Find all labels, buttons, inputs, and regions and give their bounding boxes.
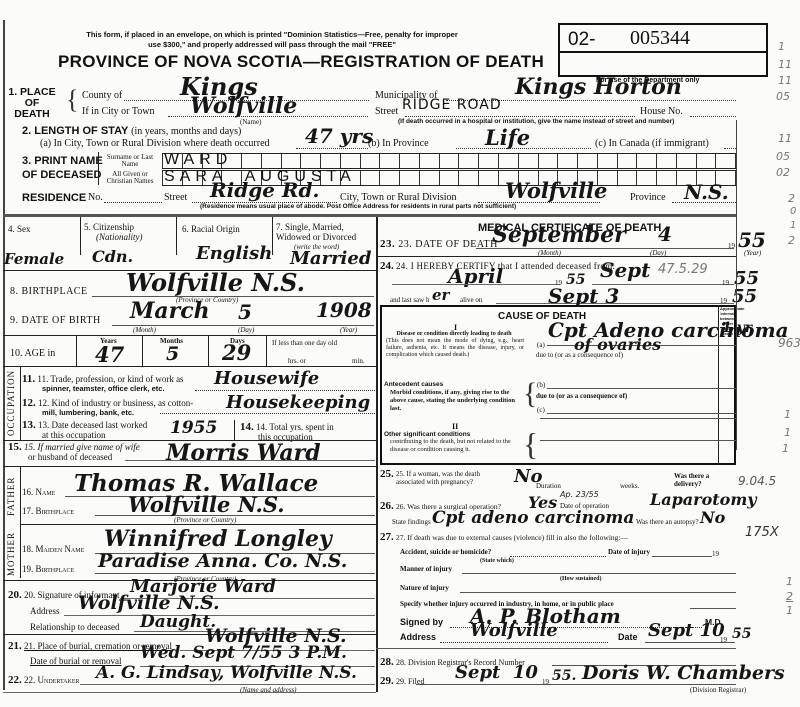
sex-value: Female: [4, 250, 64, 268]
racial-origin-value: English: [196, 243, 272, 264]
mailing-notice: This form, if placed in an envelope, on …: [72, 30, 472, 50]
place-of-death-label: 1. PLACEOFDEATH: [8, 87, 56, 120]
birthplace-value: Wolfville N.S.: [126, 268, 305, 297]
stay-city-value: 47 yrs: [305, 124, 373, 148]
death-day: 4: [658, 222, 672, 246]
margin-code: 1: [786, 604, 793, 617]
stay-province-label: (b) In Province: [368, 138, 429, 149]
city-value: Wolfville: [190, 93, 297, 119]
notice-line-2: use $300," and properly addressed will p…: [72, 40, 472, 50]
external-causes-label: 27. 27. If death was due to external cau…: [380, 531, 628, 543]
immediate-cause-label: Disease or condition directly leading to…: [384, 331, 524, 338]
residence-province-value: N.S.: [684, 180, 729, 204]
record-prefix: 02-: [568, 29, 595, 51]
mother-birthplace-label: 19. Birthplace: [22, 564, 74, 574]
cause-due-to-value: of ovaries: [574, 335, 661, 354]
mother-maiden-value: Winnifred Longley: [104, 526, 332, 552]
margin-code: 1: [784, 408, 791, 421]
alive-on-label: alive on: [460, 296, 482, 304]
street-value: RIDGE ROAD: [402, 97, 502, 113]
undertaker-value: A. G. Lindsay, Wolfville N.S.: [96, 663, 357, 683]
brace: {: [66, 85, 78, 115]
county-label: County of: [82, 90, 122, 101]
trade-label: 11. 11. Trade, profession, or kind of wo…: [22, 374, 184, 394]
citizenship-value: Cdn.: [92, 247, 133, 266]
death-month: September: [492, 222, 626, 248]
filed-year: 55.: [552, 668, 576, 684]
hospital-note: (If death occurred in a hospital or inst…: [398, 118, 674, 125]
spouse-label: 15. 15. If married give name of wife or …: [8, 442, 140, 462]
residence-city-value: Wolfville: [505, 178, 607, 203]
margin-code: 1: [786, 575, 793, 588]
other-conditions-note: contributing to the death, but not relat…: [390, 438, 524, 454]
margin-code: 1: [784, 426, 791, 439]
pregnancy-label: 25. 25. If a woman, was the death associ…: [380, 470, 496, 486]
citizenship-label: 5. Citizenship (Nationality): [84, 222, 143, 242]
autopsy-label: Was there an autopsy?: [636, 518, 699, 526]
mother-birthplace-value: Paradise Anna. Co. N.S.: [98, 550, 347, 572]
occupation-side-label: OCCUPATION: [6, 372, 16, 436]
father-name-label: 16. Name: [22, 487, 55, 497]
margin-code: 1: [778, 40, 785, 53]
burial-date-value: Wed. Sept 7/55 3 P.M.: [140, 643, 347, 663]
dob-month: March: [130, 298, 210, 324]
cause-a-interval: 1 yr: [722, 320, 752, 336]
racial-origin-label: 6. Racial Origin: [182, 224, 240, 234]
trade-value: Housewife: [214, 368, 319, 389]
signature-year: 55: [732, 626, 751, 642]
last-saw-label: and last saw h: [390, 296, 429, 304]
record-number: 005344: [630, 27, 690, 50]
operation-date-value: Ap. 23/55: [560, 490, 599, 499]
signature-date-value: Sept 10: [648, 620, 725, 641]
operation-type: Laparotomy: [650, 490, 757, 509]
injury-date-label: Date of injury: [608, 548, 650, 556]
margin-code: 1: [790, 220, 796, 231]
mother-maiden-label: 18. Maiden Name: [22, 544, 84, 554]
age-years: 47: [95, 342, 124, 367]
age-days: 29: [222, 340, 251, 365]
margin-code: 11: [778, 74, 792, 87]
stay-canada-label: (c) In Canada (if immigrant): [595, 138, 709, 149]
notice-line-1: This form, if placed in an envelope, on …: [72, 30, 472, 40]
dob-day: 5: [238, 300, 252, 324]
surname-label: Surname or Last Name: [100, 154, 160, 168]
margin-code: 1: [782, 442, 789, 455]
filed-label: 29. 29. Filed: [380, 675, 424, 687]
signed-by-label: Signed by: [400, 617, 443, 627]
delivery-label: Was there a delivery?: [674, 472, 714, 488]
last-worked-label: 13. 13. Date deceased last worked at thi…: [22, 420, 147, 440]
age-label: 10. AGE in: [10, 348, 55, 359]
margin-code: 0: [790, 206, 796, 217]
findings-label: State findings: [392, 518, 431, 526]
marital-status-value: Married: [290, 248, 371, 269]
form-title: PROVINCE OF NOVA SCOTIA—REGISTRATION OF …: [58, 52, 544, 72]
margin-code: 05: [776, 150, 790, 163]
informant-address-value: Wolfville N.S.: [78, 592, 220, 614]
pencil-note: 47.5.29: [658, 262, 708, 277]
given-label: All Given or Christian Names: [100, 171, 160, 185]
death-registration-form: This form, if placed in an envelope, on …: [0, 0, 800, 707]
accident-label: Accident, suicide or homicide?: [400, 548, 491, 556]
physician-address-value: Wolfville: [470, 620, 558, 641]
nature-label: Nature of injury: [400, 584, 449, 592]
house-label: House No.: [640, 106, 683, 117]
street-label: Street: [375, 106, 398, 117]
birthplace-label: 8. BIRTHPLACE: [10, 286, 88, 297]
filed-date-value: Sept 10: [455, 662, 538, 683]
spouse-value: Morris Ward: [166, 440, 321, 466]
municipality-value: Kings Horton: [515, 74, 682, 100]
name-caption: (Name): [240, 118, 261, 126]
father-side-label: FATHER: [6, 474, 16, 516]
city-label: If in City or Town: [82, 106, 154, 117]
registrar-signature: Doris W. Chambers: [582, 662, 785, 684]
father-birthplace-label: 17. Birthplace: [22, 506, 74, 516]
margin-code: 05: [776, 90, 790, 103]
immediate-cause-note: (This does not mean the mode of dying, e…: [386, 338, 524, 359]
residence-street-value: Ridge Rd.: [210, 178, 319, 202]
record-number-box: 02- 005344: [558, 23, 768, 77]
print-name-label: 3. PRINT NAME OF DECEASED: [22, 154, 103, 182]
relationship-label: Relationship to deceased: [30, 622, 119, 632]
other-conditions-label: Other significant conditions: [384, 431, 470, 438]
residence-label: RESIDENCE: [22, 192, 86, 204]
stay-province-value: Life: [485, 125, 530, 150]
margin-code: 963: [778, 336, 800, 350]
margin-code: 2: [788, 192, 795, 205]
margin-code: 11: [778, 58, 792, 71]
margin-code: 02: [776, 166, 790, 179]
undertaker-label: 22. 22. Undertaker: [8, 674, 80, 686]
dob-label: 9. DATE OF BIRTH: [10, 315, 101, 326]
last-worked-value: 1955: [170, 418, 217, 438]
antecedent-note: Morbid conditions, if any, giving rise t…: [390, 389, 524, 413]
findings-value: Cpt adeno carcinoma: [432, 508, 634, 528]
father-birthplace-value: Wolfville N.S.: [128, 492, 285, 517]
total-years-label: 14. 14. Total yrs. spent in this occupat…: [240, 422, 334, 442]
industry-label: 12. 12. Kind of industry or business, as…: [22, 398, 193, 418]
surname-grid: [162, 153, 736, 169]
margin-code: 2: [788, 234, 795, 247]
residence-note: (Residence means usual place of abode. P…: [200, 203, 516, 210]
autopsy-value: No: [700, 508, 725, 527]
dob-year: 1908: [316, 298, 372, 322]
age-months: 5: [166, 343, 179, 365]
mother-side-label: MOTHER: [6, 530, 16, 576]
attended-to: Sept: [600, 258, 650, 282]
margin-code: 11: [778, 132, 792, 145]
margin-code: 2: [786, 590, 793, 603]
length-of-stay: 2. LENGTH OF STAY (in years, months and …: [22, 125, 241, 137]
surname-value: WARD: [164, 151, 232, 169]
left-border: [3, 20, 5, 690]
sex-label: 4. Sex: [8, 224, 31, 234]
last-saw-pronoun: er: [432, 286, 449, 304]
manner-label: Manner of injury: [400, 565, 452, 573]
informant-address-label: Address: [30, 606, 60, 616]
stay-city-label: (a) In City, Town or Rural Division wher…: [40, 138, 270, 149]
physician-address-label: Address: [400, 632, 436, 642]
column-divider: [376, 217, 378, 692]
industry-value: Housekeeping: [226, 392, 370, 413]
antecedent-label: Antecedent causes: [384, 381, 443, 388]
